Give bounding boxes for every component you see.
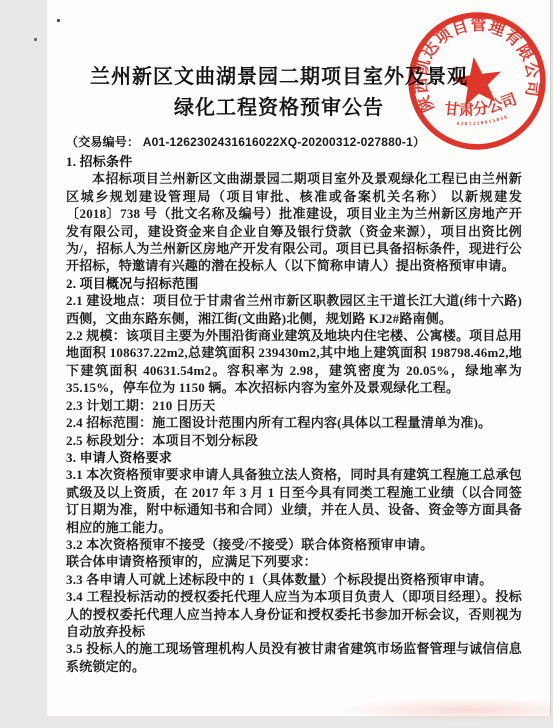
clause-2-5-lots: 2.5 标段划分：本项目不划分标段	[66, 432, 522, 449]
scanned-document-screenshot: { "page": { "title_line1": "兰州新区文曲湖景园二期项…	[0, 0, 553, 728]
section-2-heading: 2. 项目概况与招标范围	[66, 275, 522, 292]
clause-3-1-qualification: 3.1 本次资格预审要求申请人具备独立法人资格，同时具有建筑工程施工总承包贰级及…	[66, 466, 522, 536]
clause-3-5-credit-system: 3.5 投标人的施工现场管理机构人员没有被甘肃省建筑市场监督管理与诚信信息系统锁…	[66, 640, 522, 675]
scan-speck	[57, 19, 60, 22]
clause-3-2-consortium: 3.2 本次资格预审不接受（接受/不接受）联合体资格预审申请。	[66, 536, 522, 553]
clause-2-2-scale: 2.2 规模：该项目主要为外围沿街商业建筑及地块内住宅楼、公寓楼。项目总用地面积…	[66, 327, 522, 397]
section-3-heading: 3. 申请人资格要求	[66, 449, 522, 466]
scan-speck	[34, 38, 37, 41]
clause-2-3-schedule: 2.3 计划工期：210 日历天	[66, 397, 522, 414]
scan-color-artifact	[337, 698, 553, 722]
document-page: 兰州新区文曲湖景园二期项目室外及景观 绿化工程资格预审公告 （交易编号： A01…	[47, 0, 551, 716]
section-1-body: 本招标项目兰州新区文曲湖景园二期项目室外及景观绿化工程已由兰州新区城乡规划建设管…	[66, 170, 522, 274]
document-body: 1. 招标条件 本招标项目兰州新区文曲湖景园二期项目室外及景观绿化工程已由兰州新…	[66, 153, 522, 675]
clause-2-4-scope: 2.4 招标范围：施工图设计范围内所有工程内容(具体以工程量清单为准)。	[66, 414, 522, 431]
clause-3-3-lot-application: 3.3 各申请人可就上述标段中的 1（具体数量）个标段提出资格预审申请。	[66, 571, 522, 588]
company-seal-stamp: 陕西凯达项目管理有限公司 甘肃分公司 6201218015836	[396, 0, 553, 162]
clause-3-4-agent: 3.4 工程投标活动的授权委托代理人应当为本项目负责人（即项目经理）。投标人的授…	[66, 588, 522, 640]
clause-2-1-location: 2.1 建设地点：项目位于甘肃省兰州市新区职教园区主干道长江大道(纬十六路)西侧…	[66, 292, 522, 327]
clause-3-consortium-note: 联合体申请资格预审的，应满足下列要求：	[66, 553, 522, 570]
